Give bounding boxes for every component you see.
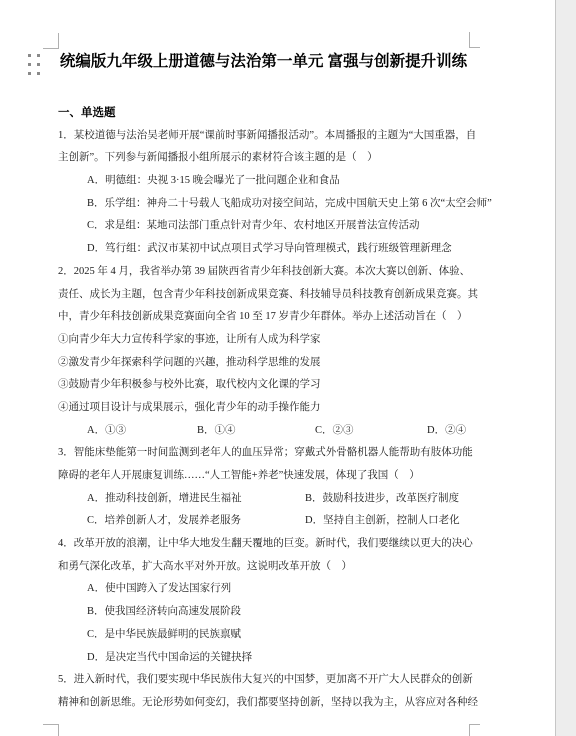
section-heading: 一、单选题: [58, 102, 469, 125]
text-line: C．培养创新人才，发展养老服务D．坚持自主创新，控制人口老化: [58, 510, 469, 533]
text-line: C．求是组：某地司法部门重点针对青少年、农村地区开展普法宣传活动: [58, 215, 469, 238]
text-line: 5．进入新时代，我们要实现中华民族伟大复兴的中国梦，更加离不开广大人民群众的创新: [58, 669, 469, 692]
text-line: A．使中国跨入了发达国家行列: [58, 578, 469, 601]
option-cell: B．鼓励科技进步，改革医疗制度: [305, 488, 459, 511]
text-line: C．是中华民族最鲜明的民族禀赋: [58, 624, 469, 647]
text-line: 障碍的老年人开展康复训练……“人工智能+养老”快速发展，体现了我国（ ）: [58, 465, 469, 488]
text-line: A．①③B．①④C．②③D．②④: [58, 420, 469, 443]
document-title: 统编版九年级上册道德与法治第一单元 富强与创新提升训练: [58, 49, 469, 75]
margin-corner-mark-bottom-right: [469, 724, 480, 736]
option-cell: A．①③: [87, 420, 197, 443]
option-cell: C．②③: [315, 420, 427, 443]
drag-handle-icon[interactable]: [28, 54, 40, 75]
document-body: 一、单选题1．某校道德与法治吴老师开展“课前时事新闻播报活动”。本周播报的主题为…: [58, 102, 469, 715]
text-line: A．明德组：央视 3·15 晚会曝光了一批问题企业和食品: [58, 170, 469, 193]
option-cell: A．推动科技创新，增进民生福祉: [87, 488, 305, 511]
text-line: 3．智能床垫能第一时间监测到老年人的血压异常；穿戴式外骨骼机器人能帮助有肢体功能: [58, 442, 469, 465]
text-line: D．是决定当代中国命运的关键抉择: [58, 647, 469, 670]
text-line: ①向青少年大力宣传科学家的事迹，让所有人成为科学家: [58, 329, 469, 352]
text-line: A．推动科技创新，增进民生福祉B．鼓励科技进步，改革医疗制度: [58, 488, 469, 511]
text-line: 2．2025 年 4 月，我省举办第 39 届陕西省青少年科技创新大赛。本次大赛…: [58, 261, 469, 284]
text-line: D．笃行组：武汉市某初中试点项目式学习导向管理模式，践行班级管理新理念: [58, 238, 469, 261]
text-line: 1．某校道德与法治吴老师开展“课前时事新闻播报活动”。本周播报的主题为“大国重器…: [58, 125, 469, 148]
option-cell: D．坚持自主创新，控制人口老化: [305, 510, 460, 533]
option-cell: D．②④: [427, 420, 466, 443]
text-line: ②激发青少年探索科学问题的兴趣，推动科学思维的发展: [58, 352, 469, 375]
text-line: 和勇气深化改革，扩大高水平对外开放。这说明改革开放（ ）: [58, 556, 469, 579]
text-line: 4．改革开放的浪潮，让中华大地发生翻天覆地的巨变。新时代，我们要继续以更大的决心: [58, 533, 469, 556]
text-line: 精神和创新思维。无论形势如何变幻，我们都要坚持创新，坚持以我为主，从容应对各种经: [58, 692, 469, 715]
text-line: 中，青少年科技创新成果竞赛面向全省 10 至 17 岁青少年群体。举办上述活动旨…: [58, 306, 469, 329]
app-canvas: 统编版九年级上册道德与法治第一单元 富强与创新提升训练 一、单选题1．某校道德与…: [0, 0, 576, 736]
text-line: B．乐学组：神舟二十号载人飞船成功对接空间站，完成中国航天史上第 6 次“太空会…: [58, 193, 469, 216]
option-cell: C．培养创新人才，发展养老服务: [87, 510, 305, 533]
text-line: B．使我国经济转向高速发展阶段: [58, 601, 469, 624]
text-line: 主创新”。下列参与新闻播报小组所展示的素材符合该主题的是（ ）: [58, 147, 469, 170]
margin-corner-mark-top-right: [469, 32, 480, 48]
margin-corner-mark-top-left: [43, 33, 59, 49]
text-line: 责任、成长为主题，包含青少年科技创新成果竞赛、科技辅导员科技教育创新成果竞赛。其: [58, 284, 469, 307]
text-line: ④通过项目设计与成果展示，强化青少年的动手操作能力: [58, 397, 469, 420]
document-page: 统编版九年级上册道德与法治第一单元 富强与创新提升训练 一、单选题1．某校道德与…: [0, 0, 556, 736]
option-cell: B．①④: [197, 420, 315, 443]
text-line: ③鼓励青少年积极参与校外比赛，取代校内文化课的学习: [58, 374, 469, 397]
margin-corner-mark-bottom-left: [43, 724, 59, 736]
